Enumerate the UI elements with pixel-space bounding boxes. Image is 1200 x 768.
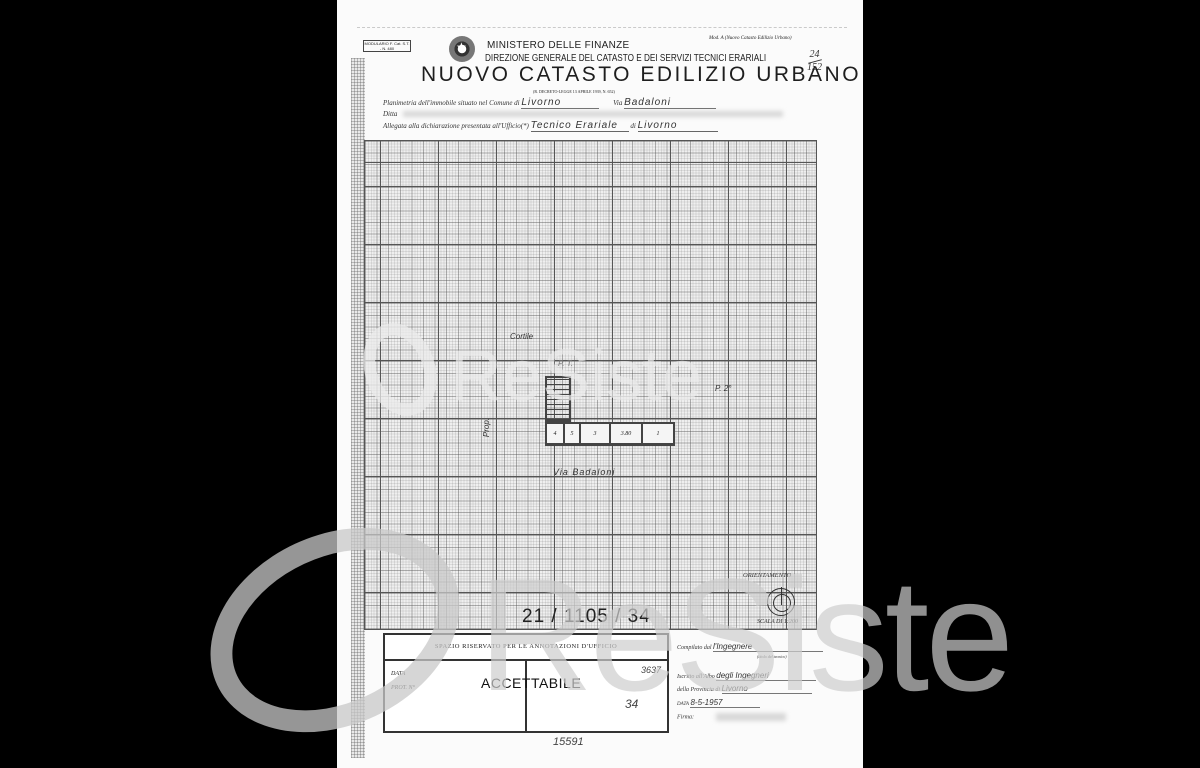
left-grid-strip <box>351 58 365 758</box>
ditta-line: Ditta <box>383 110 783 118</box>
comune-value: Livorno <box>521 97 599 109</box>
compilato-label: Compilato dal <box>677 645 712 651</box>
provincia-line: della Provincia di Livorno <box>677 684 812 694</box>
provincia-label: della Provincia di <box>677 687 720 693</box>
cadastral-document-page: MODULARIO F. Cat. S.T. - N. 480 MINISTER… <box>337 0 863 768</box>
office-data-label: DATA <box>391 671 405 677</box>
scheda-number: 21 / 1105 / 34 <box>522 606 651 628</box>
ufficio-city-value: Livorno <box>638 120 718 132</box>
compilato-line: Compilato dal l'Ingegnere <box>677 642 823 652</box>
office-header: SPAZIO RISERVATO PER LE ANNOTAZIONI D'UF… <box>385 635 667 661</box>
room-height: 3.80 <box>611 424 643 443</box>
room-3: 3 <box>581 424 611 443</box>
north-arrow-icon <box>767 588 795 616</box>
provincia-value: Livorno <box>722 684 812 694</box>
modulario-box: MODULARIO F. Cat. S.T. - N. 480 <box>363 40 411 52</box>
rooms-block: 4 5 3 3.80 1 <box>545 422 675 446</box>
iscritto-value: degli Ingegneri <box>716 671 816 681</box>
model-label: Mod. A (Nuovo Catasto Edilizio Urbano) <box>709 36 792 41</box>
handwritten-number-1: 3637 <box>641 665 661 675</box>
street-label: Via Badaloni <box>553 467 615 477</box>
compiler-date-value: 8-5-1957 <box>690 698 760 708</box>
allegata-line: Allegata alla dichiarazione presentata a… <box>383 120 718 132</box>
compiler-date-line: DATA 8-5-1957 <box>677 698 760 708</box>
room-5: 5 <box>565 424 581 443</box>
ditta-label: Ditta <box>383 110 397 118</box>
allegata-label: Allegata alla dichiarazione presentata a… <box>383 122 529 130</box>
floor-plan-grid: Cortile P. T. P. 2° Prop. 4 5 3 3.80 1 V… <box>364 140 817 630</box>
via-label: Via <box>613 99 622 107</box>
compiler-date-label: DATA <box>677 702 689 707</box>
ufficio-value: Tecnico Erariale <box>531 120 629 132</box>
orientation-label: ORIENTAMENTO <box>743 572 791 579</box>
office-left-column: DATA PROT. N° <box>385 661 527 733</box>
acceptable-stamp: ACCETTABILE <box>481 675 581 691</box>
scale-label: SCALA DI 1:200 <box>757 619 798 625</box>
compilato-note: (titolo del tecnico) <box>757 654 787 659</box>
property-side-label: Prop. <box>482 418 491 437</box>
handwritten-number-2: 34 <box>625 697 638 711</box>
document-title: NUOVO CATASTO EDILIZIO URBANO <box>421 63 861 87</box>
office-prot-label: PROT. N° <box>391 685 415 691</box>
decree-reference: (R. DECRETO-LEGGE 13 APRILE 1939, N. 652… <box>533 89 615 94</box>
courtyard-label: Cortile <box>510 332 533 341</box>
via-value: Badaloni <box>624 97 716 109</box>
ditta-redacted <box>403 111 783 117</box>
iscritto-line: Iscritto all'Albo degli Ingegneri <box>677 671 816 681</box>
firma-label: Firma: <box>677 714 694 720</box>
room-4: 4 <box>547 424 565 443</box>
floor-other-label: P. 2° <box>715 384 731 393</box>
firma-line: Firma: <box>677 713 786 721</box>
ministry-heading: MINISTERO DELLE FINANZE <box>487 40 629 51</box>
top-handwritten-marks <box>357 4 847 28</box>
handwritten-number-3: 15591 <box>553 736 584 748</box>
di-label: di <box>630 122 635 130</box>
planimetria-label: Planimetria dell'immobile situato nel Co… <box>383 99 520 107</box>
apartment-floor-plan: 4 5 3 3.80 1 <box>517 364 677 446</box>
iscritto-label: Iscritto all'Albo <box>677 674 715 680</box>
room-1: 1 <box>643 424 673 443</box>
office-annotations-box: SPAZIO RISERVATO PER LE ANNOTAZIONI D'UF… <box>383 633 669 733</box>
signature-redacted <box>716 713 786 721</box>
compilato-value: l'Ingegnere <box>713 642 823 652</box>
folio-top: 24 <box>810 49 820 60</box>
staircase <box>545 376 571 422</box>
italian-republic-emblem-icon <box>449 36 475 62</box>
planimetria-line: Planimetria dell'immobile situato nel Co… <box>383 97 716 109</box>
